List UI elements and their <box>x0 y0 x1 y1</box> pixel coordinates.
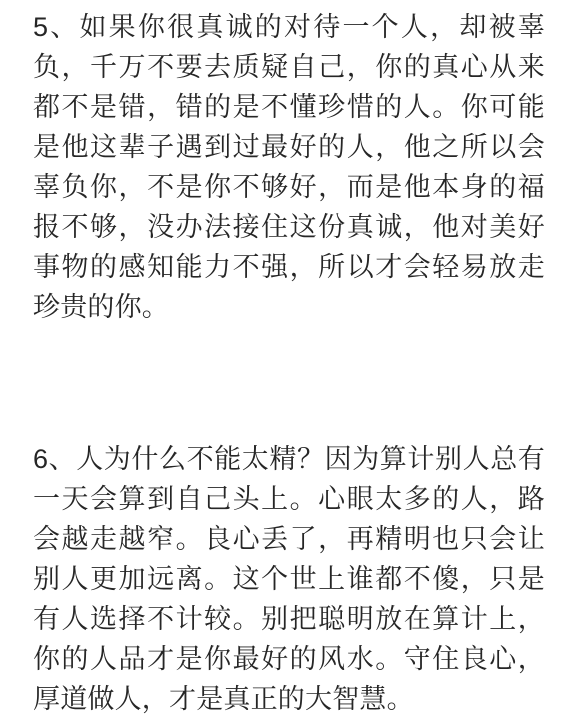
paragraph-6: 6、人为什么不能太精？因为算计别人总有一天会算到自己头上。心眼太多的人，路会越走… <box>33 439 545 719</box>
text-area: 5、如果你很真诚的对待一个人，却被辜负，千万不要去质疑自己，你的真心从来都不是错… <box>33 7 545 719</box>
paragraph-5: 5、如果你很真诚的对待一个人，却被辜负，千万不要去质疑自己，你的真心从来都不是错… <box>33 7 545 327</box>
text-image-page: 5、如果你很真诚的对待一个人，却被辜负，千万不要去质疑自己，你的真心从来都不是错… <box>0 0 576 725</box>
